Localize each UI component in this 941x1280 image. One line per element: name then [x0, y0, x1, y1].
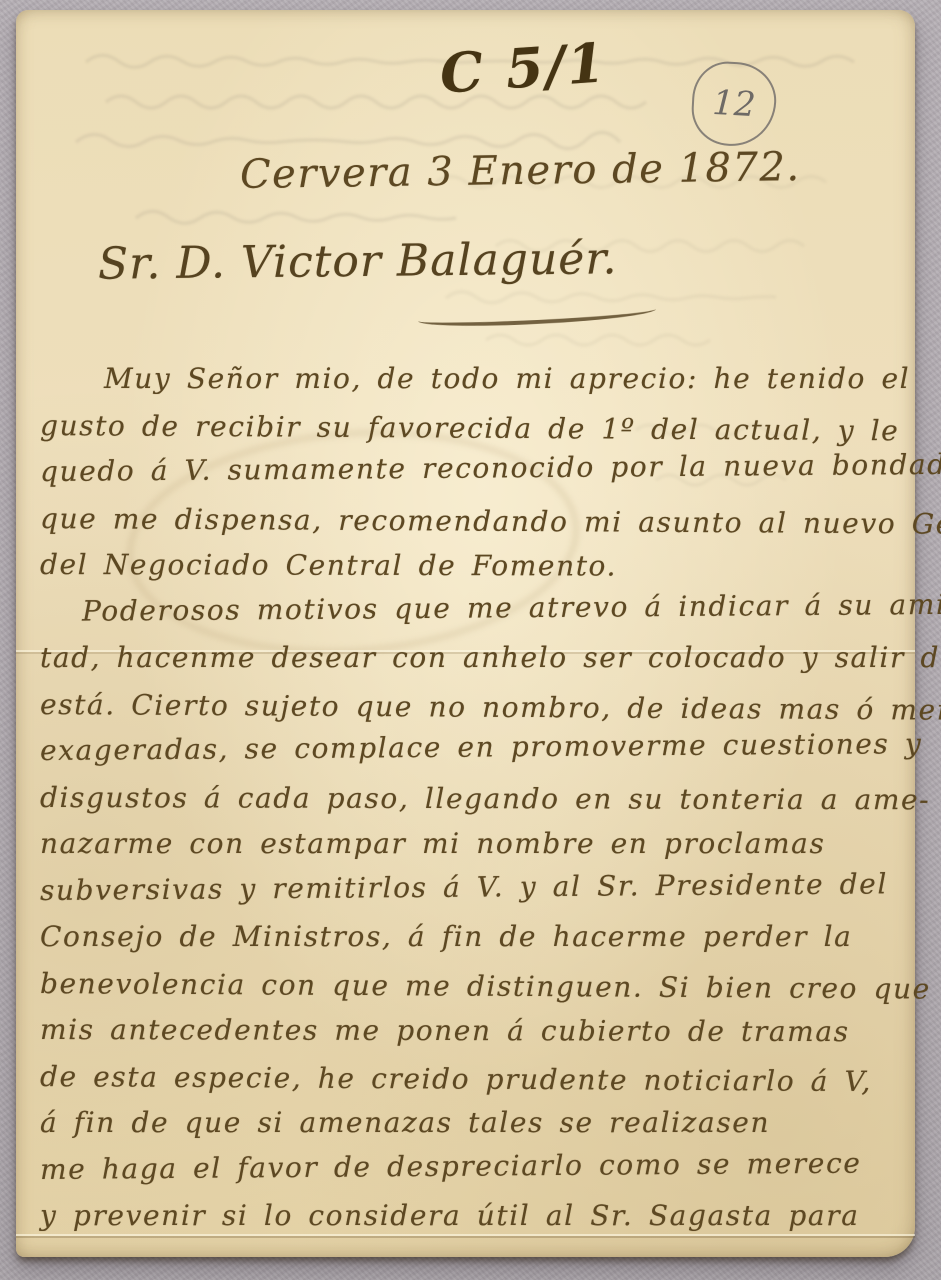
dateline: Cervera 3 Enero de 1872. — [240, 144, 801, 198]
letter-line: benevolencia con que me distinguen. Si b… — [40, 961, 912, 1013]
letter-line: quedo á V. sumamente reconocido por la n… — [40, 442, 912, 495]
letter-line: de esta especie, he creido prudente noti… — [40, 1054, 912, 1106]
letter-line: exageradas, se complace en promoverme cu… — [40, 721, 912, 774]
letter-line: nazarme con estampar mi nombre en procla… — [40, 821, 912, 868]
background-mat: C 5/1 12 Cervera 3 Enero de 1872. Sr. D.… — [0, 0, 941, 1280]
letter-line: me haga el favor de despreciarlo como se… — [40, 1140, 912, 1193]
letter-line: y prevenir si lo considera útil al Sr. S… — [40, 1193, 912, 1240]
archival-mark: C 5/1 — [438, 30, 609, 105]
letter-line: tad, hacenme desear con anhelo ser coloc… — [40, 635, 912, 682]
letter-sheet: C 5/1 12 Cervera 3 Enero de 1872. Sr. D.… — [16, 10, 915, 1257]
letter-line: Poderosos motivos que me atrevo á indica… — [40, 582, 912, 635]
addressee-line: Sr. D. Victor Balaguér. — [98, 233, 618, 289]
letter-line: á fin de que si amenazas tales se realiz… — [40, 1100, 912, 1147]
letter-line: mis antecedentes me ponen á cubierto de … — [40, 1007, 912, 1056]
letter-line: Muy Señor mio, de todo mi aprecio: he te… — [40, 356, 912, 403]
letter-line: disgustos á cada paso, llegando en su to… — [40, 775, 912, 824]
folio-number: 12 — [711, 83, 756, 125]
letter-line: Consejo de Ministros, á fin de hacerme p… — [40, 914, 912, 961]
letter-body: Muy Señor mio, de todo mi aprecio: he te… — [40, 356, 912, 1240]
letter-line: subversivas y remitirlos á V. y al Sr. P… — [40, 861, 912, 914]
letter-line: que me dispensa, recomendando mi asunto … — [40, 496, 912, 548]
